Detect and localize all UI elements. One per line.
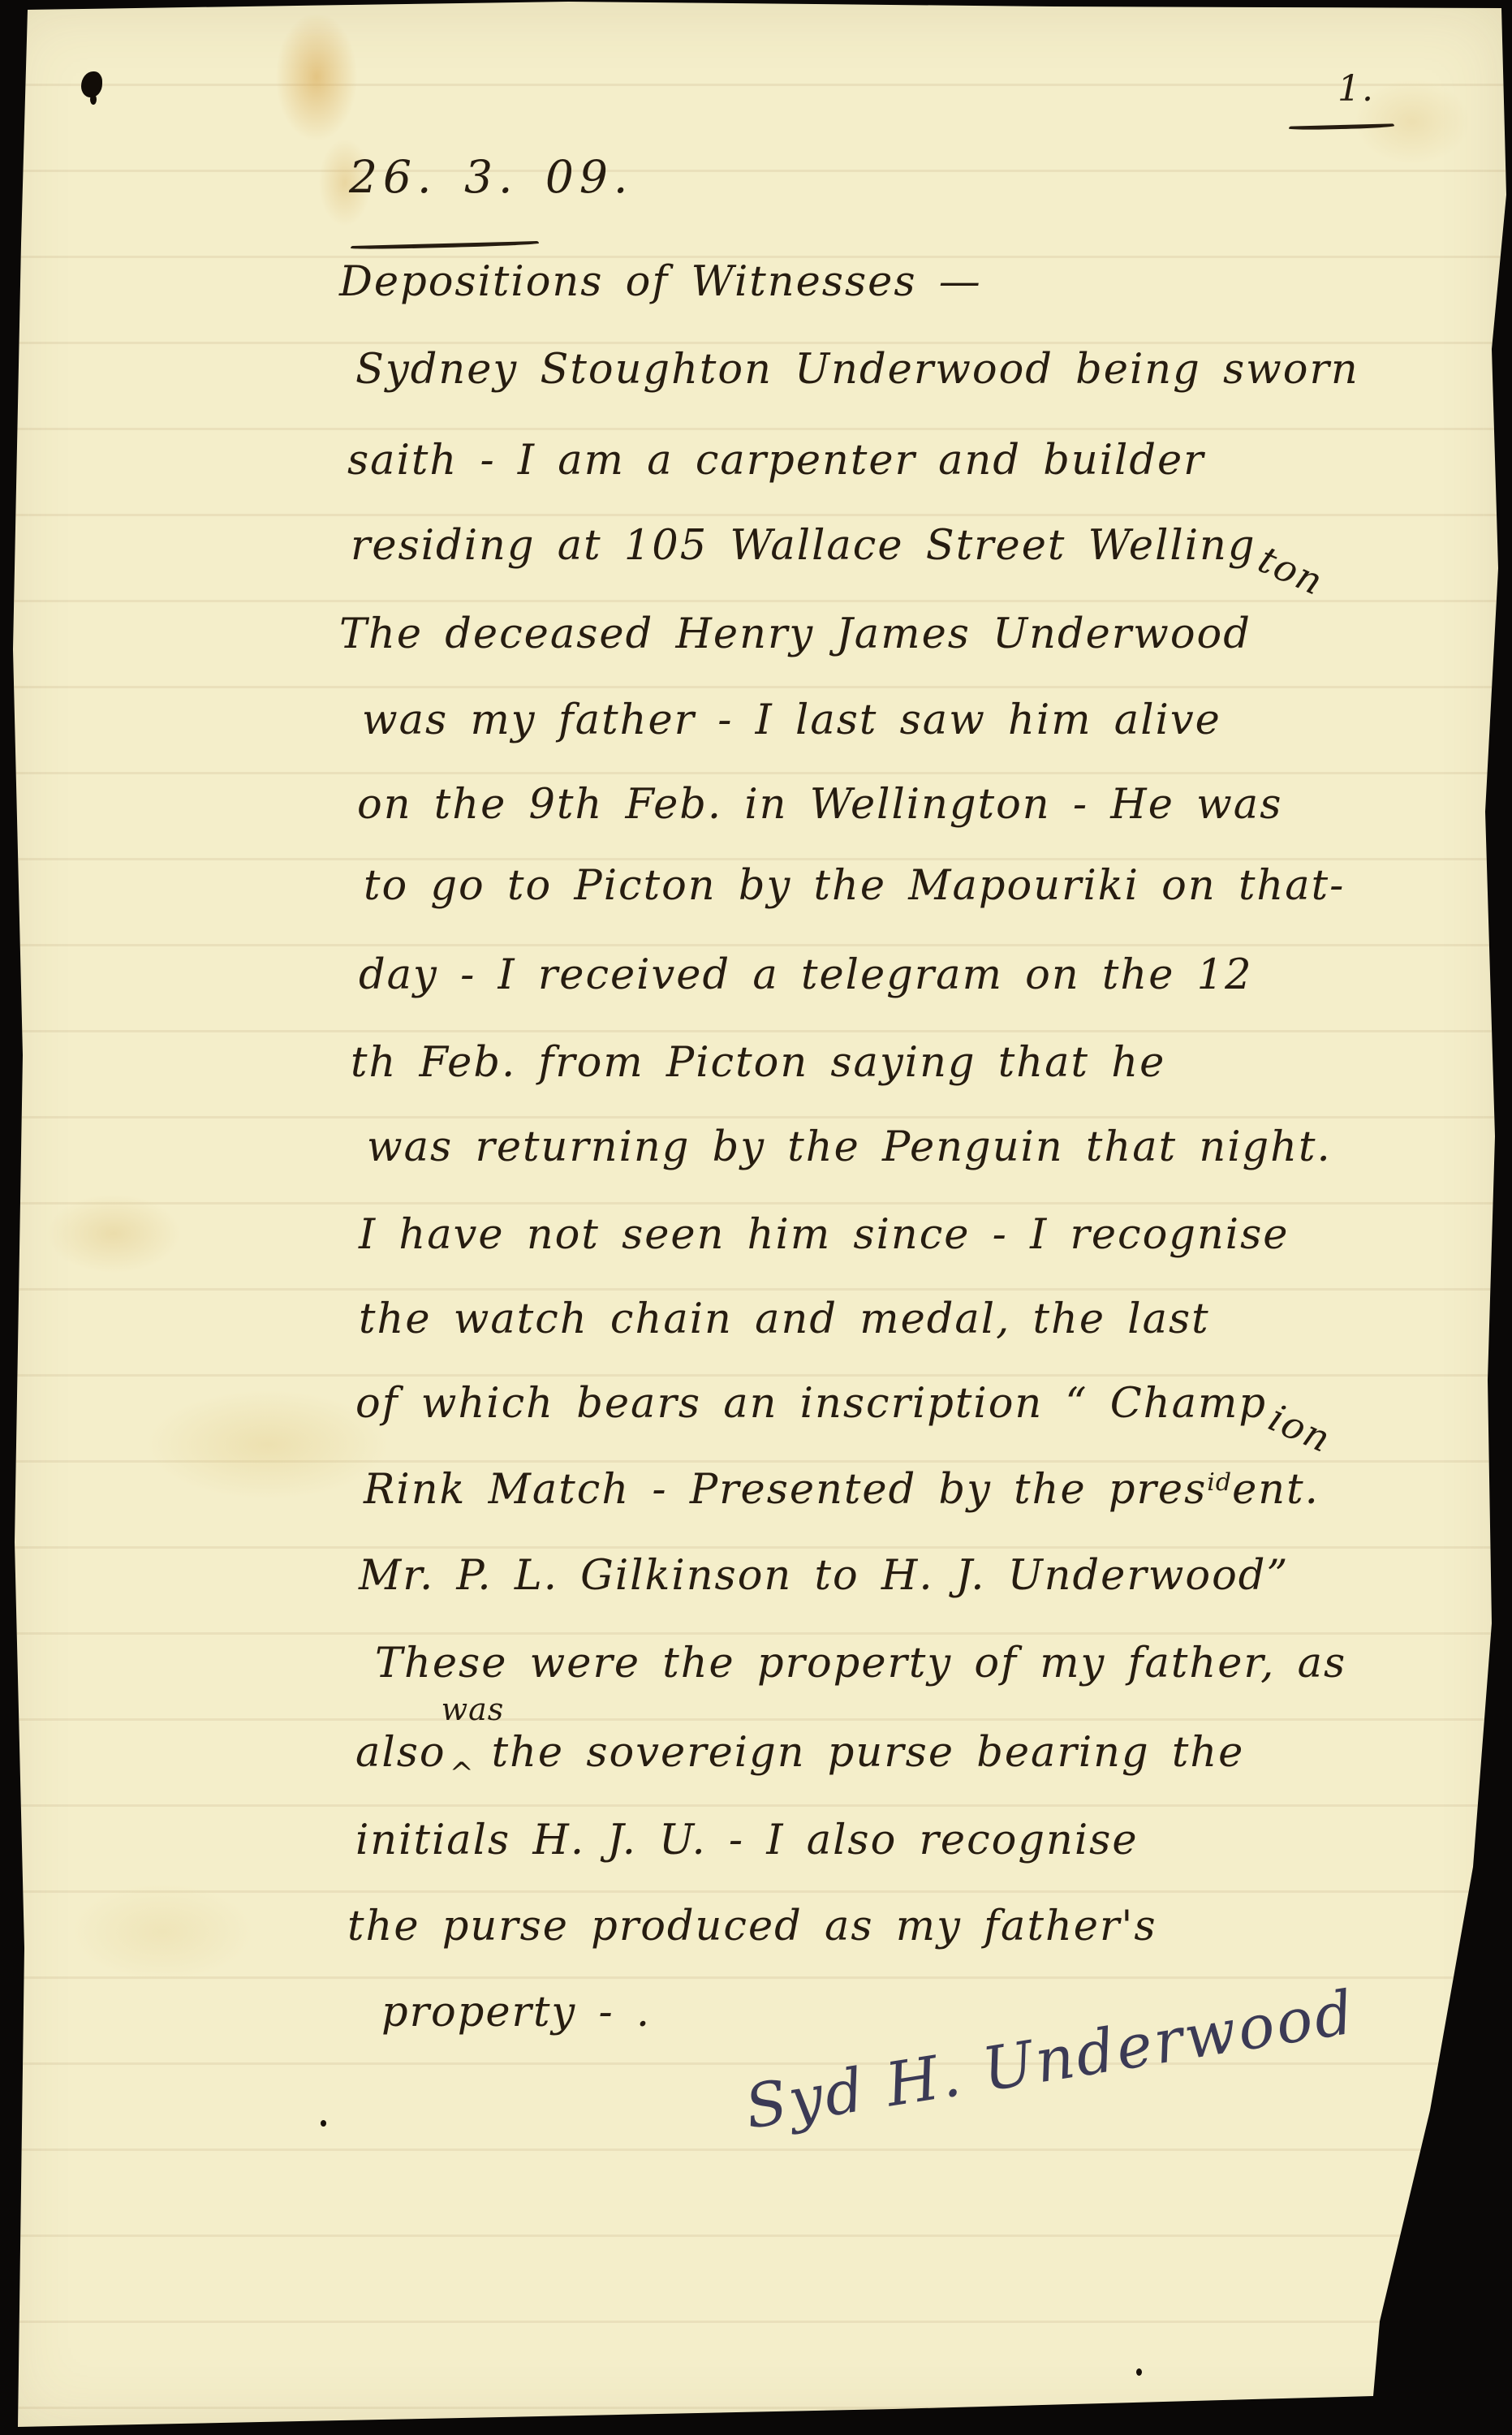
- line-text: also: [355, 1729, 446, 1777]
- document-title: Depositions of Witnesses —: [339, 260, 982, 305]
- page-number-underline: [1289, 123, 1394, 130]
- deposition-line: Mr. P. L. Gilkinson to H. J. Underwood”: [359, 1554, 1290, 1599]
- date: 26. 3. 09.: [349, 153, 633, 202]
- superscript-insertion: id: [1207, 1468, 1232, 1497]
- ink-speck: [1136, 2368, 1142, 2376]
- deposition-line: to go to Picton by the Mapouriki on that…: [364, 864, 1345, 909]
- line-text: Rink Match - Presented by the pres: [364, 1466, 1207, 1514]
- deposition-line: was returning by the Penguin that night.: [367, 1125, 1332, 1170]
- witness-signature: Syd H. Underwood: [741, 1982, 1359, 2138]
- deposition-line: residing at 105 Wallace Street Wellingto…: [351, 524, 1322, 569]
- insertion: was^: [446, 1760, 492, 1766]
- line-text: the sovereign purse bearing the: [492, 1729, 1245, 1777]
- deposition-line: initials H. J. U. - I also recognise: [355, 1818, 1139, 1864]
- deposition-line: of which bears an inscription “ Champion: [355, 1381, 1330, 1427]
- deposition-line: th Feb. from Picton saying that he: [351, 1041, 1165, 1086]
- insertion-caret: ^: [450, 1758, 476, 1791]
- deposition-line: These were the property of my father, as: [375, 1641, 1346, 1687]
- deposition-line: Sydney Stoughton Underwood being sworn: [355, 347, 1359, 393]
- deposition-line: property - .: [381, 1990, 651, 2036]
- ink-blot: [81, 71, 102, 97]
- line-text: ent.: [1232, 1466, 1320, 1514]
- deposition-line: The deceased Henry James Underwood: [339, 612, 1251, 657]
- inserted-word: was: [442, 1693, 505, 1727]
- deposition-line: day - I received a telegram on the 12: [359, 953, 1253, 998]
- deposition-line: the watch chain and medal, the last: [359, 1297, 1210, 1342]
- deposition-line: the purse produced as my father's: [347, 1904, 1157, 1950]
- deposition-line: I have not seen him since - I recognise: [359, 1213, 1289, 1258]
- line-text: of which bears an inscription “ Champ: [355, 1380, 1267, 1428]
- deposition-line: on the 9th Feb. in Wellington - He was: [357, 782, 1282, 828]
- page-number: 1.: [1338, 70, 1375, 109]
- document-page: 1. 26. 3. 09. Depositions of Witnesses —…: [0, 0, 1512, 2435]
- date-underline: [351, 241, 539, 250]
- dropped-word-end: ion: [1263, 1397, 1338, 1460]
- line-text: residing at 105 Wallace Street Welling: [351, 522, 1256, 570]
- ink-speck: [321, 2120, 326, 2127]
- deposition-line: Rink Match - Presented by the president.: [364, 1467, 1320, 1513]
- deposition-line: saith - I am a carpenter and builder: [347, 438, 1205, 484]
- photo-backdrop: 1. 26. 3. 09. Depositions of Witnesses —…: [0, 0, 1512, 2435]
- dropped-word-end: ton: [1252, 539, 1329, 603]
- deposition-line: was my father - I last saw him alive: [362, 698, 1221, 743]
- deposition-line: alsowas^the sovereign purse bearing the: [355, 1730, 1244, 1776]
